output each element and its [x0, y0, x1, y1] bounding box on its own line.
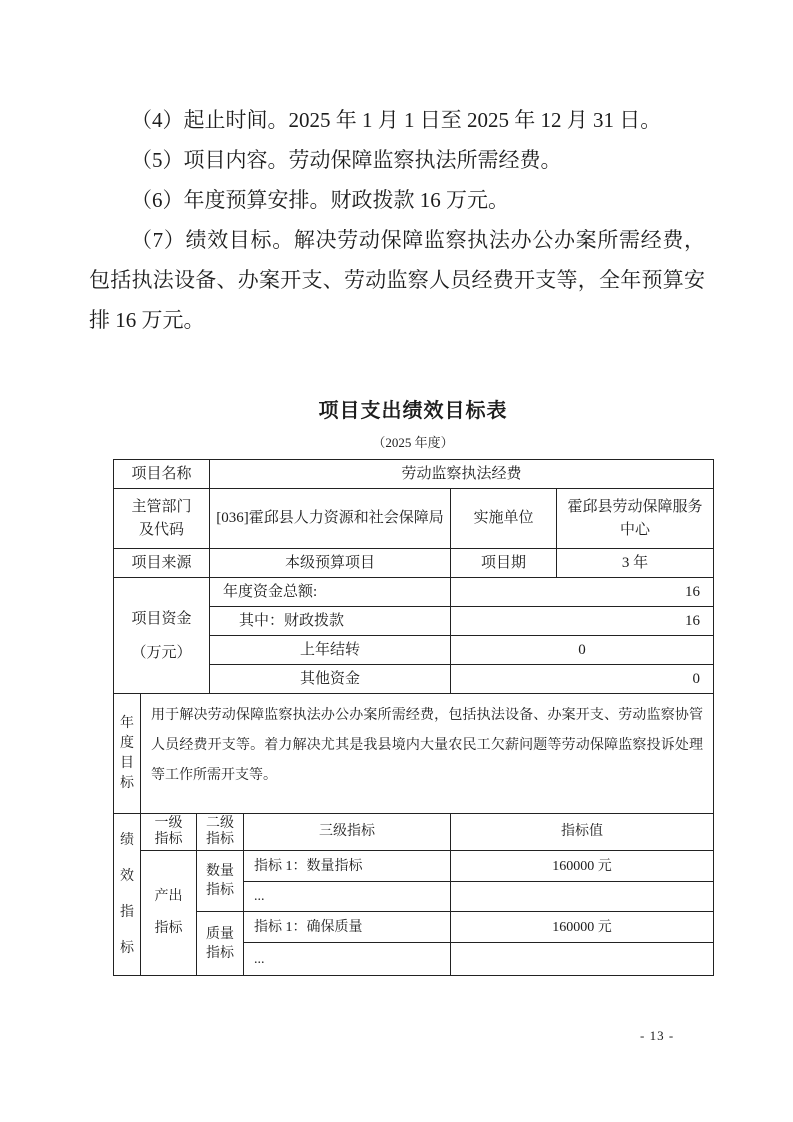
document-page: （4）起止时间。2025 年 1 月 1 日至 2025 年 12 月 31 日…	[0, 0, 793, 1122]
body-paragraphs: （4）起止时间。2025 年 1 月 1 日至 2025 年 12 月 31 日…	[0, 0, 793, 340]
cell-annual-goal-content: 用于解决劳动保障监察执法办公办案所需经费，包括执法设备、办案开支、劳动监察协管人…	[141, 694, 714, 814]
cell-implement-unit-label: 实施单位	[451, 489, 557, 549]
table-subtitle: （2025 年度）	[113, 432, 713, 451]
cell-funds-other-label: 其他资金	[210, 665, 451, 694]
cell-output-indicator: 产出 指标	[141, 851, 197, 976]
cell-project-name-value: 劳动监察执法经费	[210, 460, 714, 489]
cell-header-level3: 三级指标	[244, 814, 451, 851]
cell-quality-ellipsis-value	[451, 943, 714, 976]
cell-quantity-indicator: 数量 指标	[197, 851, 244, 912]
cell-header-value: 指标值	[451, 814, 714, 851]
paragraph-5: （5）项目内容。劳动保障监察执法所需经费。	[89, 140, 705, 180]
cell-quality-indicator-name: 指标 1：确保质量	[244, 912, 451, 943]
cell-department-label: 主管部门 及代码	[114, 489, 210, 549]
row-funds-total: 项目资金 （万元） 年度资金总额: 16	[114, 578, 714, 607]
row-performance-header: 绩效指标 一级 指标 二级 指标 三级指标 指标值	[114, 814, 714, 851]
cell-quantity-indicator-value: 160000 元	[451, 851, 714, 882]
cell-annual-goal-label: 年度目标	[114, 694, 141, 814]
performance-table-block: 项目支出绩效目标表 （2025 年度） 项目名称 劳动监察执法经费	[113, 394, 713, 976]
row-annual-goal: 年度目标 用于解决劳动保障监察执法办公办案所需经费，包括执法设备、办案开支、劳动…	[114, 694, 714, 814]
cell-funds-total-label: 年度资金总额:	[210, 578, 451, 607]
paragraph-4: （4）起止时间。2025 年 1 月 1 日至 2025 年 12 月 31 日…	[89, 100, 705, 140]
cell-funds-carryover-value: 0	[451, 636, 714, 665]
row-quality-indicator-1: 质量 指标 指标 1：确保质量 160000 元	[114, 912, 714, 943]
table-title: 项目支出绩效目标表	[113, 394, 713, 423]
cell-quality-indicator-value: 160000 元	[451, 912, 714, 943]
cell-source-value: 本级预算项目	[210, 549, 451, 578]
cell-quality-ellipsis: ...	[244, 943, 451, 976]
row-department: 主管部门 及代码 [036]霍邱县人力资源和社会保障局 实施单位 霍邱县劳动保障…	[114, 489, 714, 549]
cell-period-label: 项目期	[451, 549, 557, 578]
row-source: 项目来源 本级预算项目 项目期 3 年	[114, 549, 714, 578]
cell-funds-carryover-label: 上年结转	[210, 636, 451, 665]
cell-funds-total-value: 16	[451, 578, 714, 607]
paragraph-7: （7）绩效目标。解决劳动保障监察执法办公办案所需经费，包括执法设备、办案开支、劳…	[89, 220, 705, 340]
performance-target-table: 项目名称 劳动监察执法经费 主管部门 及代码 [036]霍邱县人力资源和社会保障…	[113, 459, 714, 976]
cell-quantity-ellipsis-value	[451, 882, 714, 912]
cell-header-level2: 二级 指标	[197, 814, 244, 851]
cell-period-value: 3 年	[557, 549, 714, 578]
cell-funds-label: 项目资金 （万元）	[114, 578, 210, 694]
row-quantity-indicator-1: 产出 指标 数量 指标 指标 1：数量指标 160000 元	[114, 851, 714, 882]
cell-funds-other-value: 0	[451, 665, 714, 694]
cell-quantity-indicator-name: 指标 1：数量指标	[244, 851, 451, 882]
cell-header-level1: 一级 指标	[141, 814, 197, 851]
cell-implement-unit-value: 霍邱县劳动保障服务中心	[557, 489, 714, 549]
cell-quantity-ellipsis: ...	[244, 882, 451, 912]
cell-project-name-label: 项目名称	[114, 460, 210, 489]
cell-funds-fiscal-value: 16	[451, 607, 714, 636]
paragraph-6: （6）年度预算安排。财政拨款 16 万元。	[89, 180, 705, 220]
cell-quality-indicator: 质量 指标	[197, 912, 244, 976]
page-number: - 13 -	[640, 1028, 674, 1044]
annual-goal-label-text: 年度目标	[120, 714, 135, 794]
cell-performance-label: 绩效指标	[114, 814, 141, 976]
cell-funds-fiscal-label: 其中：财政拨款	[210, 607, 451, 636]
row-project-name: 项目名称 劳动监察执法经费	[114, 460, 714, 489]
cell-department-value: [036]霍邱县人力资源和社会保障局	[210, 489, 451, 549]
performance-label-text: 绩效指标	[120, 823, 135, 967]
cell-source-label: 项目来源	[114, 549, 210, 578]
